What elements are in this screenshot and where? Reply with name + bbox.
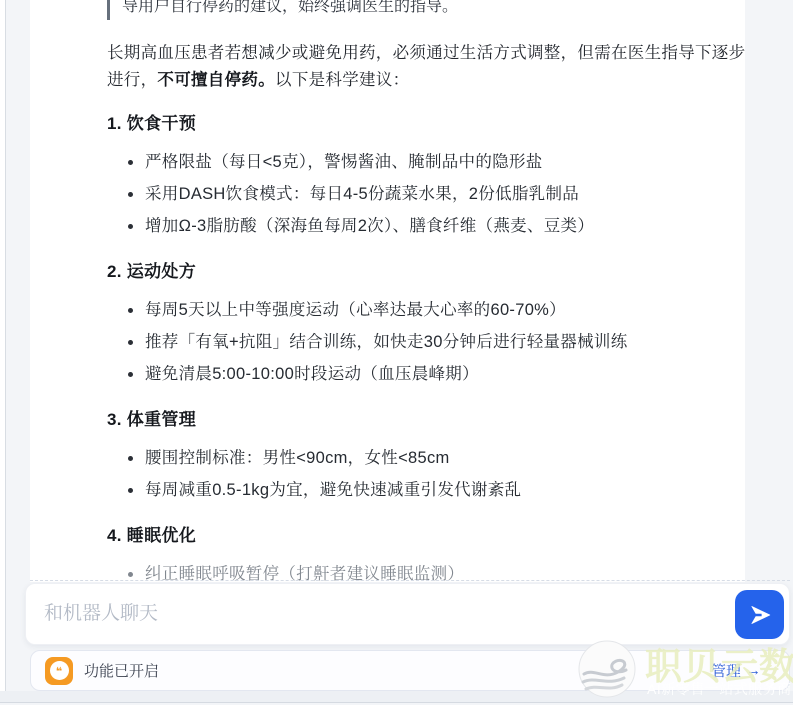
arrow-right-icon: →	[746, 662, 761, 679]
list-item: 每周减重0.5-1kg为宜，避免快速减重引发代谢紊乱	[107, 474, 737, 506]
list-item: 每周5天以上中等强度运动（心率达最大心率的60-70%）	[107, 294, 737, 326]
intro-bold-text: 不可擅自停药。	[157, 71, 275, 89]
section-title-sleep: 4. 睡眠优化	[107, 524, 737, 548]
section-title-diet: 1. 饮食干预	[107, 112, 737, 136]
list-item: 纠正睡眠呼吸暂停（打鼾者建议睡眠监测）	[107, 558, 737, 582]
status-label: 功能已开启	[84, 660, 711, 681]
chat-composer	[25, 583, 790, 645]
section-list-sleep: 纠正睡眠呼吸暂停（打鼾者建议睡眠监测）	[107, 558, 737, 582]
list-item: 增加Ω-3脂肪酸（深海鱼每周2次）、膳食纤维（燕麦、豆类）	[107, 210, 737, 242]
manage-label: 管理	[711, 660, 741, 681]
intro-paragraph: 长期高血压患者若想减少或避免用药，必须通过生活方式调整，但需在医生指导下逐步进行…	[107, 40, 745, 94]
send-button[interactable]	[735, 590, 784, 639]
section-title-exercise: 2. 运动处方	[107, 260, 737, 284]
list-item: 严格限盐（每日<5克），警惕酱油、腌制品中的隐形盐	[107, 146, 737, 178]
intro-text-after: 以下是科学建议：	[275, 71, 409, 89]
list-item: 避免清晨5:00-10:00时段运动（血压晨峰期）	[107, 358, 737, 390]
quote-icon: ❝	[45, 657, 73, 685]
section-list-exercise: 每周5天以上中等强度运动（心率达最大心率的60-70%） 推荐「有氧+抗阻」结合…	[107, 294, 737, 390]
chat-input[interactable]	[44, 603, 725, 625]
blockquote: 导用户自行停药的建议，始终强调医生的指导。	[107, 0, 737, 20]
bot-message: 导用户自行停药的建议，始终强调医生的指导。 长期高血压患者若想减少或避免用药，必…	[30, 0, 745, 582]
send-icon	[747, 602, 773, 628]
quote-icon-glyph: ❝	[50, 661, 69, 680]
chat-message-area: 导用户自行停药的建议，始终强调医生的指导。 长期高血压患者若想减少或避免用药，必…	[30, 0, 745, 582]
page-bottom-line	[0, 702, 793, 703]
section-list-diet: 严格限盐（每日<5克），警惕酱油、腌制品中的隐形盐 采用DASH饮食模式：每日4…	[107, 146, 737, 242]
page-bottom-strip	[0, 691, 793, 702]
status-bar: ❝ 功能已开启 管理 →	[30, 650, 790, 691]
blockquote-text: 导用户自行停药的建议，始终强调医生的指导。	[122, 0, 458, 15]
left-divider	[5, 0, 6, 703]
list-item: 采用DASH饮食模式：每日4-5份蔬菜水果，2份低脂乳制品	[107, 178, 737, 210]
list-item: 腰围控制标准：男性<90cm，女性<85cm	[107, 442, 737, 474]
section-title-weight: 3. 体重管理	[107, 408, 737, 432]
composer-separator	[30, 580, 790, 581]
list-item: 推荐「有氧+抗阻」结合训练，如快走30分钟后进行轻量器械训练	[107, 326, 737, 358]
section-list-weight: 腰围控制标准：男性<90cm，女性<85cm 每周减重0.5-1kg为宜，避免快…	[107, 442, 737, 506]
manage-link[interactable]: 管理 →	[711, 660, 761, 681]
